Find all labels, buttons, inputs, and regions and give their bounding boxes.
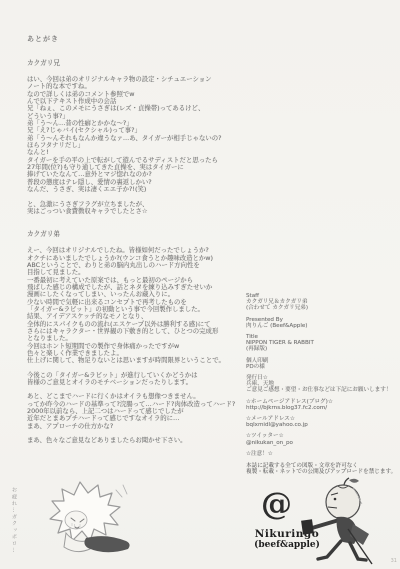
caution-line: 複製・転載・ネットでの公開及びアップロードを禁じます。 — [246, 469, 400, 475]
younger-paragraph: 今後この「タイガー&ラビット」が進行していくかどうかは 皆様のご意見とオイラのモ… — [27, 372, 245, 387]
staff-note: (合わせて カクガリ兄弟) — [246, 305, 400, 311]
colophon-twitter-block: ☆ツイッター☆ @nikukan_on_po — [246, 433, 400, 445]
colophon-print-block: 個人印刷 PDの様 — [246, 358, 400, 370]
colophon-title-block: Title NIPPON TIGER & RABBIT (再録版) — [246, 334, 400, 353]
chibi-motion-lines — [116, 485, 127, 497]
email-address: bqlxmidl@yahoo.co.jp — [246, 422, 400, 428]
afterword-column: あとがき カクガリ兄 はい、今回は弟のオリジナルキャラ物の設定・シチュエーション… — [27, 34, 245, 451]
brother-paragraph: はい、今回は弟のオリジナルキャラ物の設定・シチュエーション ノート的な本ですね。… — [27, 76, 245, 194]
chibi-face — [65, 511, 87, 529]
apple-leaf — [349, 479, 359, 483]
homepage-url: http://bjkrns.blog37.fc2.com/ — [246, 405, 400, 411]
brother-paragraph: と、急激にうさぎフラグが立ちましたが、 実はごっつい食費徴収キャラでしたとさ☆ — [27, 201, 245, 216]
colophon-staff-block: Staff カクガリ兄＆カクガリ弟 (合わせて カクガリ兄弟) — [246, 293, 400, 312]
author-heading-brother: カクガリ兄 — [27, 57, 245, 67]
print-line: PDの様 — [246, 364, 400, 370]
apple-stem — [344, 478, 349, 485]
apple-man-svg — [297, 477, 398, 566]
scanned-afterword-page: あとがき カクガリ兄 はい、今回は弟のオリジナルキャラ物の設定・シチュエーション… — [0, 0, 400, 569]
chibi-sketch-svg — [28, 476, 134, 562]
apple-eye — [334, 498, 337, 501]
chibi-hair — [50, 482, 120, 541]
title-note: (再録版) — [246, 346, 400, 352]
page-number: 31 — [391, 558, 397, 564]
younger-paragraph: えー、今回はオリジナルでしたね。皆様如何だったでしょうか? オクチにあいましたで… — [27, 247, 245, 365]
younger-paragraph: まあ、色々なご意見などありましたらお聞かせ下さい。 — [27, 437, 245, 444]
chibi-illustration — [28, 476, 134, 562]
page-title: あとがき — [27, 34, 245, 44]
apple-arm — [312, 520, 339, 528]
apple-man-illustration — [297, 477, 398, 566]
twitter-handle: @nikukan_on_po — [246, 440, 400, 446]
feedback-note: ご意見ご感想・要望・お仕事などは下記にお願いします！ — [246, 387, 400, 393]
chibi-dark-legs — [84, 536, 129, 552]
apple-front-leg — [318, 541, 341, 559]
presented-by: 肉りんご (Beef&Apple) — [246, 323, 400, 329]
apple-held-box — [301, 519, 314, 534]
colophon-caution-block: ☆注意！☆ 本誌に記載する全ての図版・文章を許可なく 複製・転載・ネットでの公開… — [246, 451, 400, 476]
colophon-email-block: ☆メールアドレス☆ bqlxmidl@yahoo.co.jp — [246, 416, 400, 428]
colophon-presented-block: Presented By 肉りんご (Beef&Apple) — [246, 317, 400, 329]
younger-paragraph: あと、どこまでハードに行くかはオイラも想像つきません。 ってか昨今のハードの基準… — [27, 393, 245, 430]
chibi-caption: お疲れ…ガクッポロ… — [11, 487, 18, 565]
colophon: Staff カクガリ兄＆カクガリ弟 (合わせて カクガリ兄弟) Presente… — [246, 293, 400, 481]
colophon-homepage-block: ☆ホームページアドレス(ブログ)☆ http://bjkrns.blog37.f… — [246, 399, 400, 411]
at-symbol: @ — [261, 489, 292, 520]
author-heading-younger: カクガリ弟 — [27, 228, 245, 238]
colophon-issue-block: 発行日☆ 兵庫、天地 ご意見ご感想・要望・お仕事などは下記にお願いします！ — [246, 375, 400, 394]
